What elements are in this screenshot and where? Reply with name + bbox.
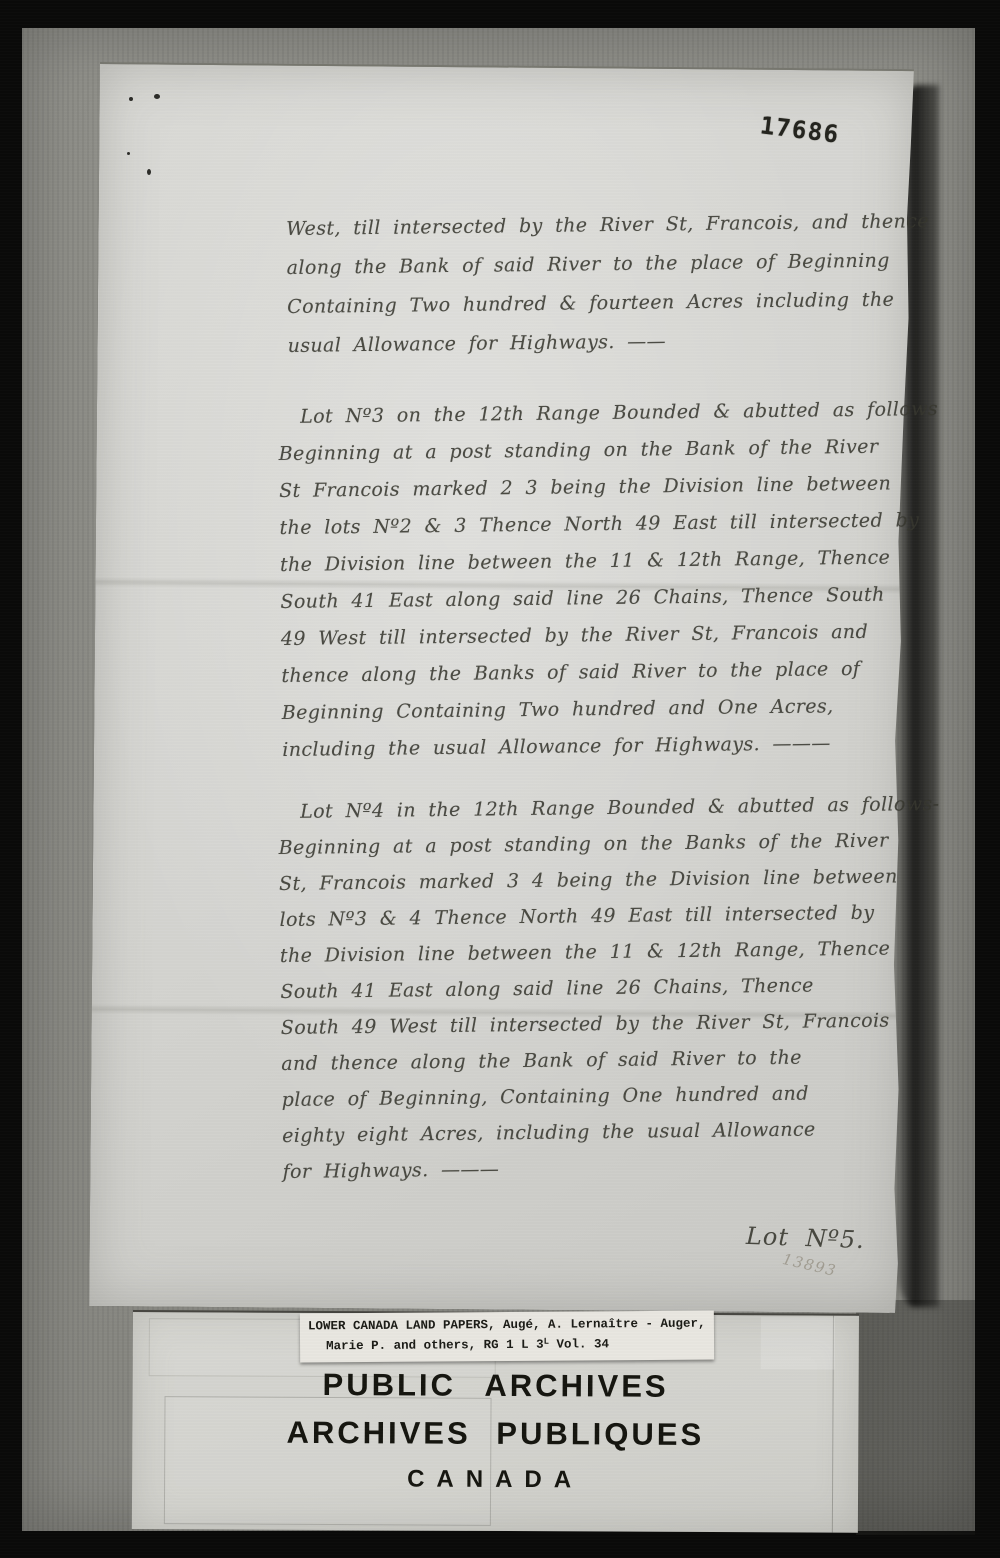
mat-shadow-corner <box>856 1300 975 1535</box>
catchword-lot-5: Lot Nº5. <box>746 1222 866 1254</box>
strip-patch <box>761 1317 835 1369</box>
handwriting-paragraph-1: West, till intersected by the River St, … <box>286 202 931 366</box>
ink-speck <box>129 97 133 101</box>
reference-label-line-2: Marie P. and others, RG 1 L 3L Vol. 34 <box>308 1333 714 1356</box>
reference-label-line-1: LOWER CANADA LAND PAPERS, Augé, A. Lerna… <box>308 1316 714 1336</box>
handwriting-paragraph-2: Lot Nº3 on the 12th Range Bounded & abut… <box>278 391 942 769</box>
ink-speck <box>127 152 130 155</box>
handwriting-line: Containing Two hundred & fourteen Acres … <box>287 280 930 327</box>
archival-photo-canvas: 17686 West, till intersected by the Rive… <box>0 0 1000 1558</box>
handwriting-paragraph-3: Lot Nº4 in the 12th Range Bounded & abut… <box>278 786 944 1190</box>
handwriting-line: usual Allowance for Highways. —— <box>287 319 930 366</box>
public-archives-stamp: PUBLIC ARCHIVES ARCHIVES PUBLIQUES CANAD… <box>132 1366 859 1496</box>
stamp-line-english: PUBLIC ARCHIVES <box>133 1366 859 1406</box>
stamp-line-french: ARCHIVES PUBLIQUES <box>132 1414 858 1454</box>
reference-label-line-2-volume: Vol. 34 <box>549 1337 609 1351</box>
ink-speck <box>154 94 160 99</box>
stamp-line-canada: CANADA <box>132 1464 858 1496</box>
ink-speck <box>147 169 151 175</box>
reference-label-slip: LOWER CANADA LAND PAPERS, Augé, A. Lerna… <box>300 1311 714 1363</box>
reference-label-line-2-text: Marie P. and others, RG 1 L 3 <box>326 1338 544 1354</box>
